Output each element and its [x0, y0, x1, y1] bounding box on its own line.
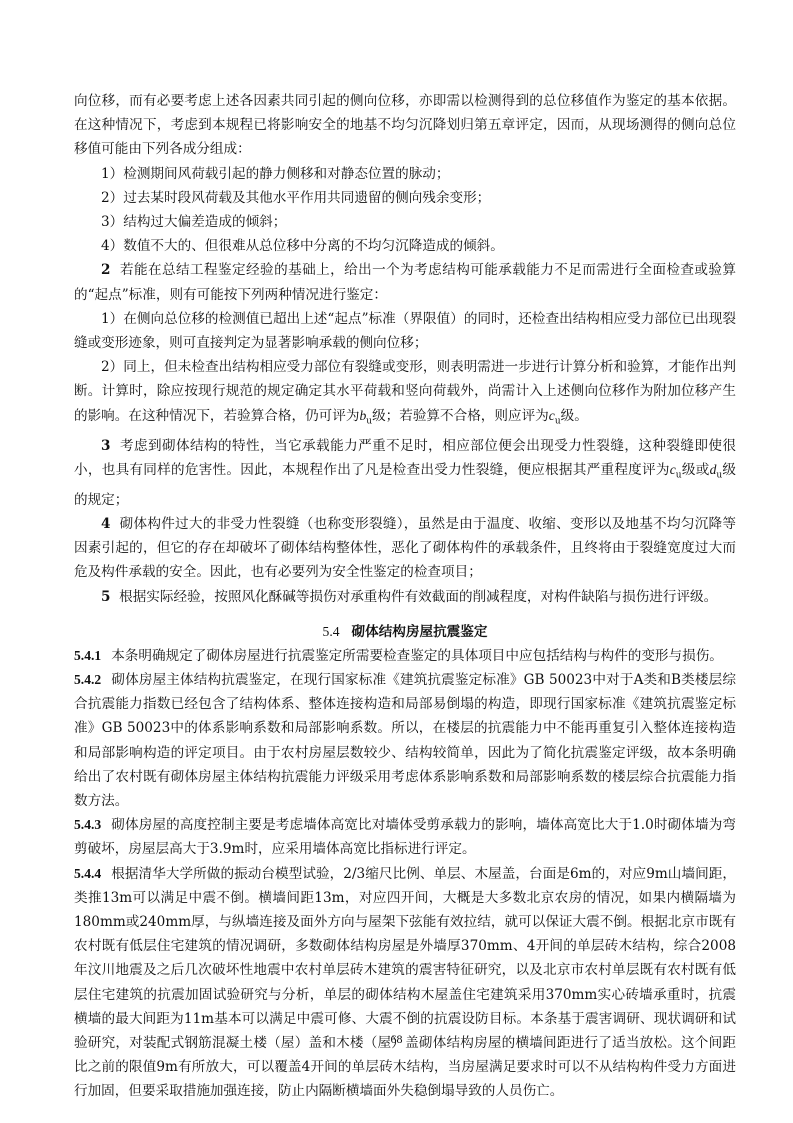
text-segment: 级或	[682, 462, 710, 478]
article-text: 本条明确规定了砌体房屋进行抗震鉴定所需要检查鉴定的具体项目中应包括结构与构件的变…	[111, 648, 723, 664]
article-5-4-2: 5.4.2砌体房屋主体结构抗震鉴定，在现行国家标准《建筑抗震鉴定标准》GB 50…	[74, 668, 736, 813]
text-segment: 考虑到砌体结构的特性，当它承载能力严重不足时，相应部位便会出现受力性裂缝，这种裂…	[74, 438, 736, 478]
section-number: 5.4	[323, 624, 340, 639]
list-item-2: 2）过去某时段风荷载及其他水平作用共同遗留的侧向残余变形；	[74, 186, 736, 210]
item-text: 若能在总结工程鉴定经验的基础上，给出一个为考虑结构可能承载能力不足而需进行全面检…	[74, 262, 736, 302]
list-item-1: 1）检测期间风荷载引起的静力侧移和对静态位置的脉动；	[74, 162, 736, 186]
item-text: 砌体构件过大的非受力性裂缝（也称变形裂缝），虽然是由于温度、收缩、变形以及地基不…	[74, 516, 736, 580]
item-text: 根据实际经验，按照风化酥碱等损伤对承重构件有效截面的削减程度，对构件缺陷与损伤进…	[119, 589, 717, 605]
item-2-sub-1: 1）在侧向总位移的检测值已超出上述“起点”标准（界限值）的同时，还检查出结构相应…	[74, 307, 736, 355]
article-number: 5.4.1	[74, 648, 101, 663]
item-4-paragraph: 4 砌体构件过大的非受力性裂缝（也称变形裂缝），虽然是由于温度、收缩、变形以及地…	[74, 512, 736, 585]
article-5-4-3: 5.4.3砌体房屋的高度控制主要是考虑墙体高宽比对墙体受剪承载力的影响，墙体高宽…	[74, 813, 736, 861]
item-number: 3	[101, 438, 110, 454]
article-number: 5.4.3	[74, 817, 101, 832]
page-number: 68	[0, 1032, 793, 1047]
item-2-paragraph: 2 若能在总结工程鉴定经验的基础上，给出一个为考虑结构可能承载能力不足而需进行全…	[74, 258, 736, 306]
article-number: 5.4.4	[74, 866, 101, 881]
article-5-4-4: 5.4.4根据清华大学所做的振动台模型试验，2/3缩尺比例、单层、木屋盖，台面是…	[74, 862, 736, 1104]
article-text: 砌体房屋的高度控制主要是考虑墙体高宽比对墙体受剪承载力的影响，墙体高宽比大于1.…	[74, 817, 736, 857]
document-page: 向位移，而有必要考虑上述各因素共同引起的侧向位移，亦即需以检测得到的总位移值作为…	[74, 89, 736, 1104]
item-number: 2	[101, 262, 110, 278]
item-3-paragraph: 3 考虑到砌体结构的特性，当它承载能力严重不足时，相应部位便会出现受力性裂缝，这…	[74, 434, 736, 512]
list-item-4: 4）数值不大的、但很难从总位移中分离的不均匀沉降造成的倾斜。	[74, 234, 736, 258]
list-item-3: 3）结构过大偏差造成的倾斜；	[74, 210, 736, 234]
item-number: 4	[101, 516, 110, 532]
section-title: 砌体结构房屋抗震鉴定	[352, 624, 488, 640]
paragraph-continuation: 向位移，而有必要考虑上述各因素共同引起的侧向位移，亦即需以检测得到的总位移值作为…	[74, 89, 736, 162]
item-number: 5	[101, 589, 110, 605]
section-heading: 5.4砌体结构房屋抗震鉴定	[74, 620, 736, 644]
article-5-4-1: 5.4.1本条明确规定了砌体房屋进行抗震鉴定所需要检查鉴定的具体项目中应包括结构…	[74, 644, 736, 668]
item-2-sub-2: 2）同上，但未检查出结构相应受力部位有裂缝或变形，则表明需进一步进行计算分析和验…	[74, 355, 736, 433]
article-text: 根据清华大学所做的振动台模型试验，2/3缩尺比例、单层、木屋盖，台面是6m的，对…	[74, 866, 736, 1100]
text-segment: 级。	[561, 408, 588, 424]
article-number: 5.4.2	[74, 672, 101, 687]
text-segment: 级；若验算不合格，则应评为	[372, 408, 549, 424]
item-5-paragraph: 5 根据实际经验，按照风化酥碱等损伤对承重构件有效截面的削减程度，对构件缺陷与损…	[74, 585, 736, 609]
article-text: 砌体房屋主体结构抗震鉴定，在现行国家标准《建筑抗震鉴定标准》GB 50023中对…	[74, 672, 736, 809]
